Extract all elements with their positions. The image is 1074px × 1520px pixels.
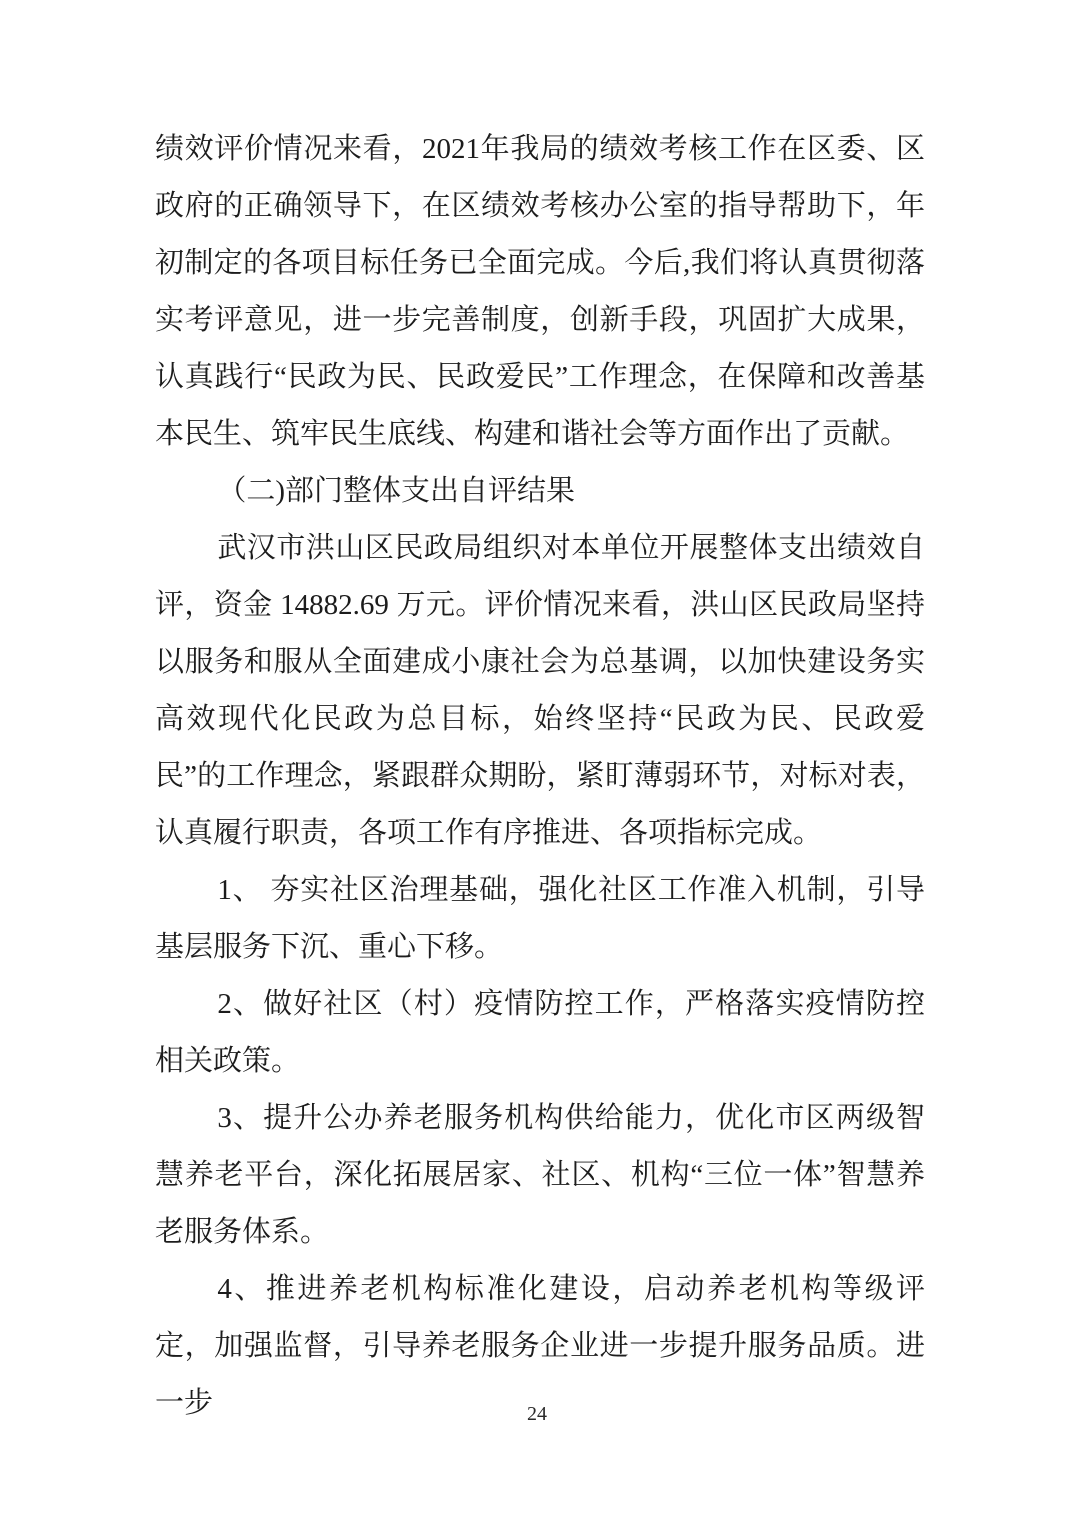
list-item-2: 2、做好社区（村）疫情防控工作，严格落实疫情防控相关政策。 (155, 976, 925, 1090)
paragraph-continuation: 绩效评价情况来看，2021年我局的绩效考核工作在区委、区政府的正确领导下，在区绩… (155, 121, 925, 463)
list-item-1: 1、 夯实社区治理基础，强化社区工作准入机制，引导基层服务下沉、重心下移。 (155, 862, 925, 976)
document-page: 绩效评价情况来看，2021年我局的绩效考核工作在区委、区政府的正确领导下，在区绩… (0, 0, 1074, 1520)
list-item-3: 3、提升公办养老服务机构供给能力，优化市区两级智慧养老平台，深化拓展居家、社区、… (155, 1090, 925, 1261)
page-number: 24 (0, 1400, 1074, 1428)
paragraph-overview: 武汉市洪山区民政局组织对本单位开展整体支出绩效自评，资金 14882.69 万元… (155, 520, 925, 862)
text-body: 绩效评价情况来看，2021年我局的绩效考核工作在区委、区政府的正确领导下，在区绩… (155, 121, 925, 1432)
section-heading: （二)部门整体支出自评结果 (155, 463, 925, 520)
